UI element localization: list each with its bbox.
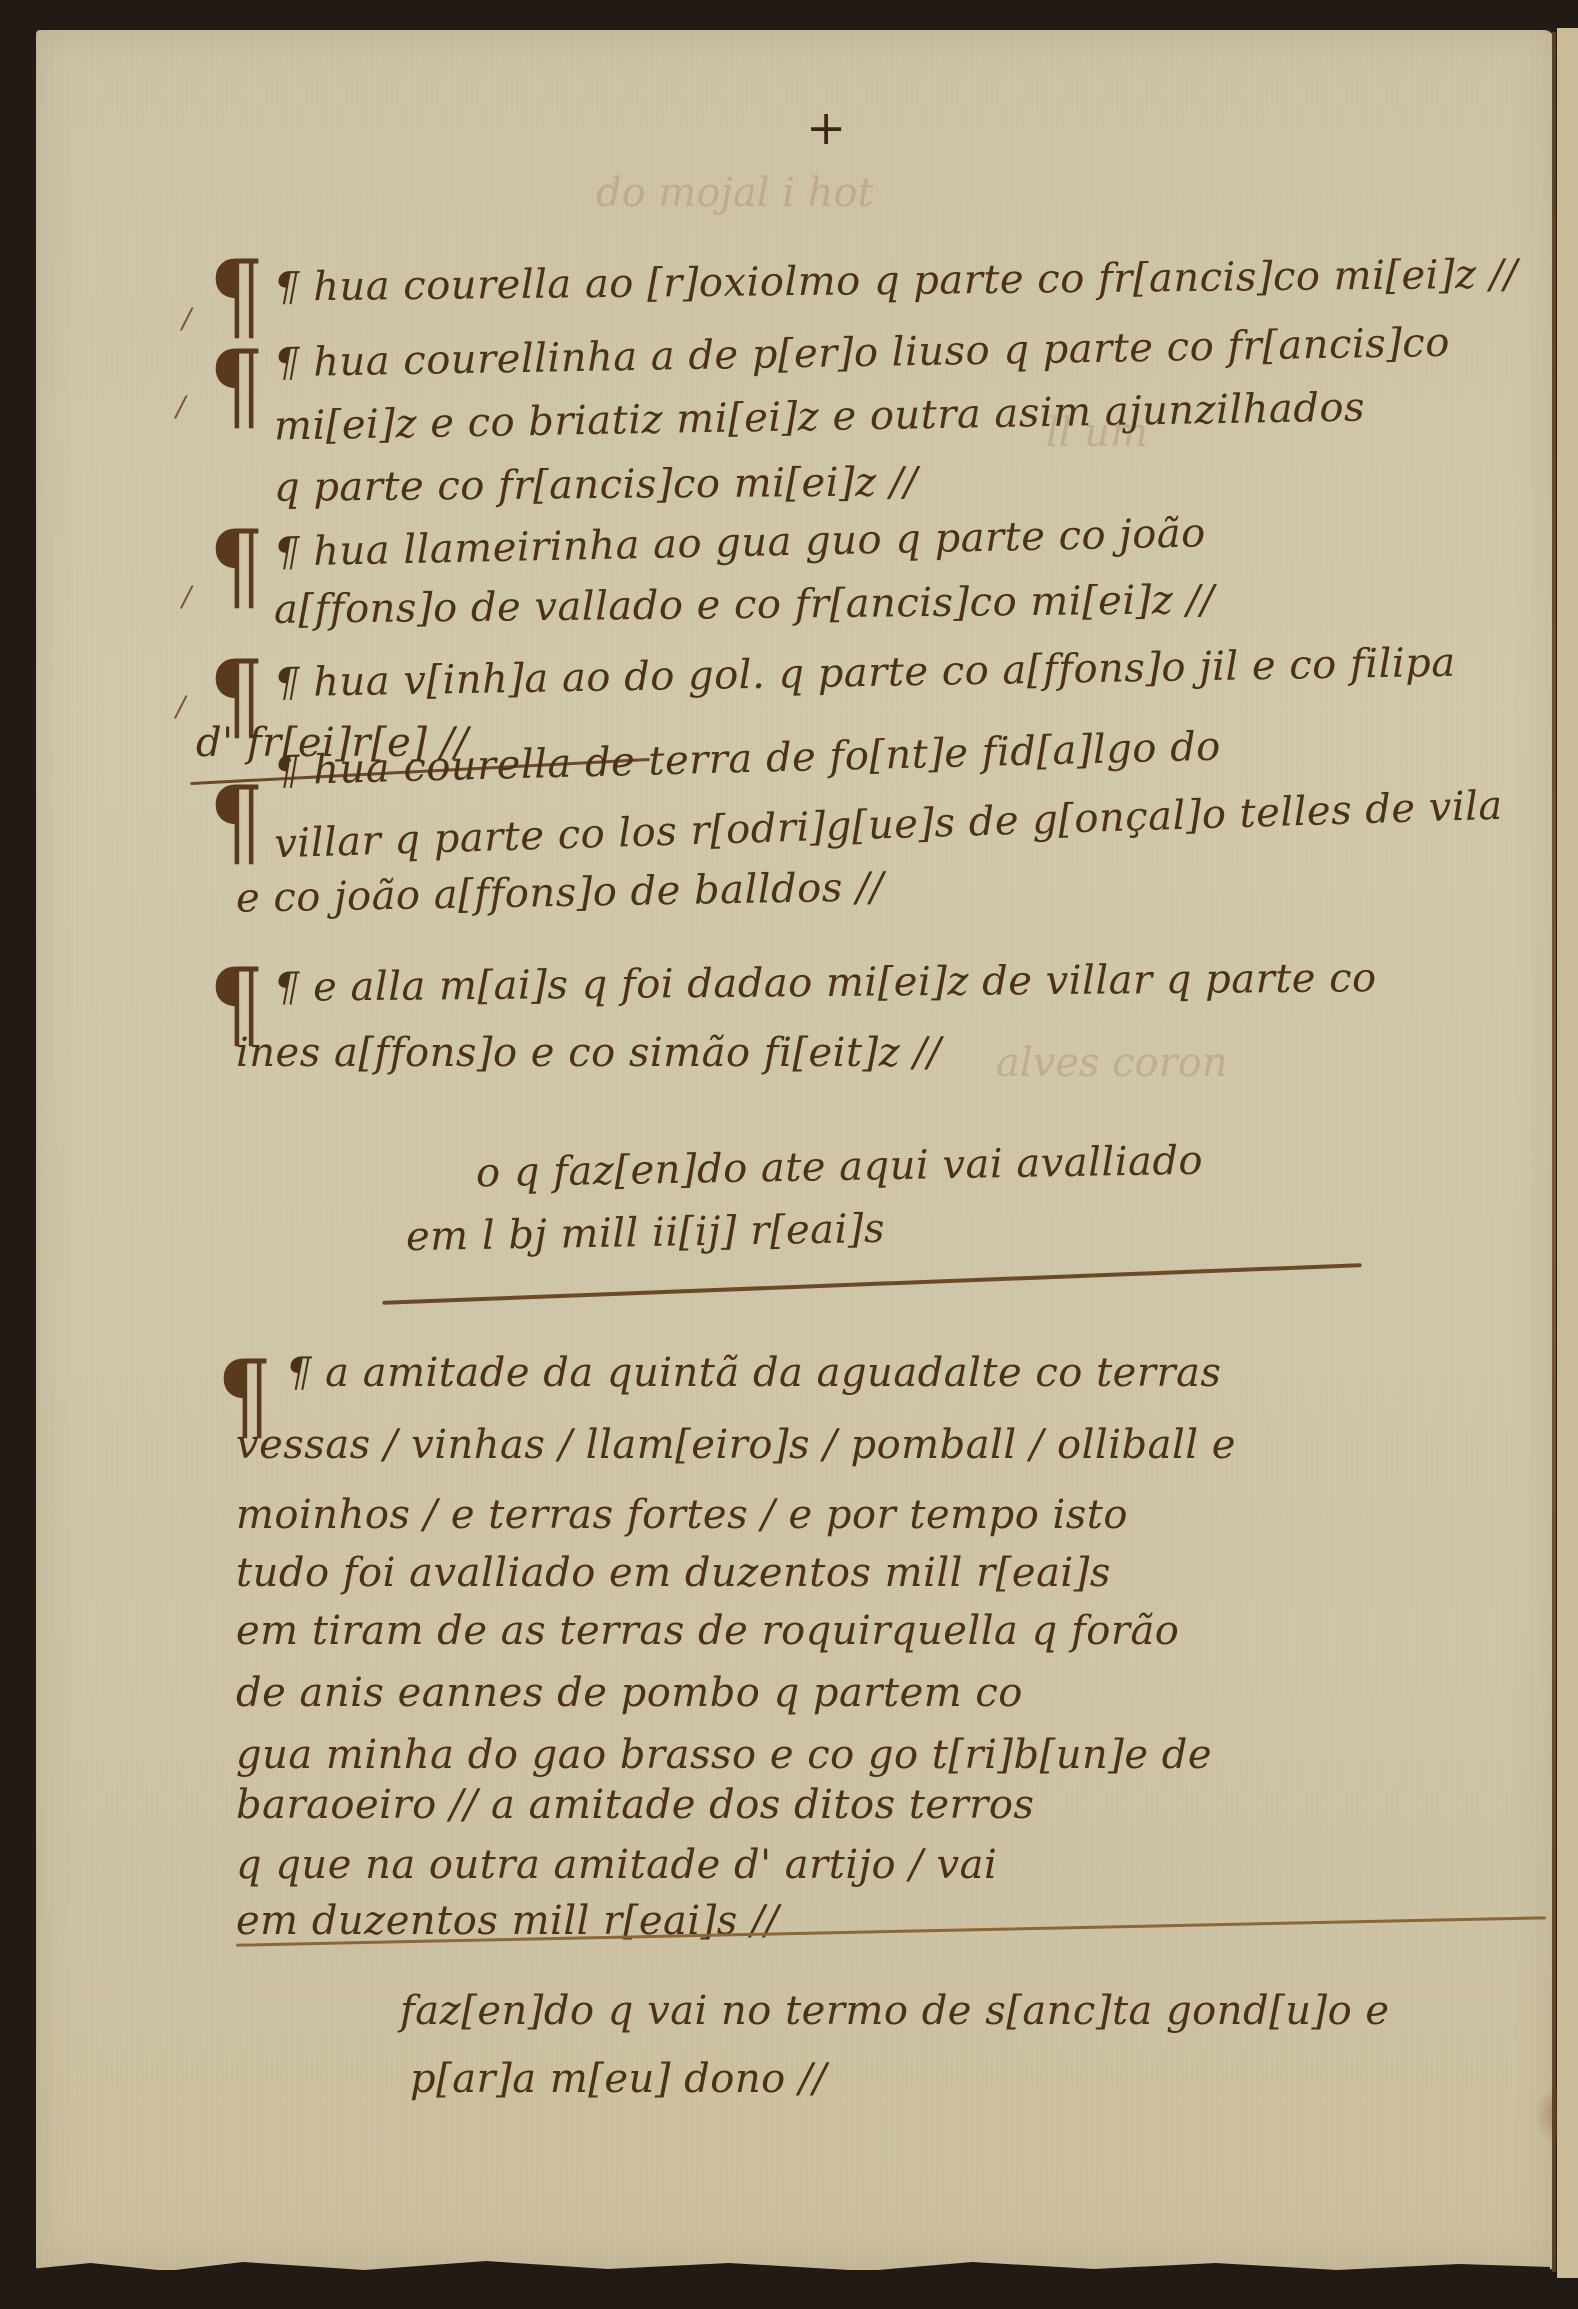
entry-line: ¶ e alla m[ai]s q foi dadao mi[ei]z de v…: [274, 955, 1377, 1011]
entry-line: ¶ hua courellinha a de p[er]o liuso q pa…: [274, 320, 1451, 387]
entry-line: moinhos / e terras fortes / e por tempo …: [236, 1492, 1128, 1538]
closing-note-line: faz[en]do q vai no termo de s[anc]ta gon…: [400, 1988, 1390, 2034]
entry-line: a[ffons]o de vallado e co fr[ancis]co mi…: [274, 577, 1215, 633]
entry-line: ¶ hua courella ao [r]oxiolmo q parte co …: [274, 251, 1518, 310]
show-through-text: do mojal i hot: [596, 170, 874, 216]
entry-line: mi[ei]z e co briatiz mi[ei]z e outra asi…: [274, 384, 1366, 449]
margin-tick: /: [182, 580, 191, 613]
entry-line: tudo foi avalliado em duzentos mill r[ea…: [236, 1550, 1111, 1596]
subtotal-amount: em l bj mill ii[ij] r[eai]s: [406, 1206, 886, 1260]
entry-line: em tiram de as terras de roquirquella q …: [236, 1608, 1179, 1654]
entry-line: ¶ hua llameirinha ao gua guo q parte co …: [274, 510, 1207, 576]
entry-line: villar q parte co los r[odri]g[ue]s de g…: [274, 783, 1504, 868]
page-gutter: [1552, 32, 1556, 2272]
margin-tick: /: [176, 690, 185, 723]
margin-tick: /: [176, 390, 185, 423]
paragraph-mark-icon: ¶: [209, 774, 264, 870]
entry-line: e co joão a[ffons]o de balldos //: [236, 864, 885, 921]
show-through-text: alves coron: [996, 1040, 1228, 1086]
entry-line: ¶ hua v[inh]a ao do gol. q parte co a[ff…: [274, 640, 1456, 707]
entry-line: ines a[ffons]o e co simão fi[eit]z //: [236, 1030, 941, 1076]
entry-line: q parte co fr[ancis]co mi[ei]z //: [274, 459, 918, 511]
subtotal-rule: [382, 1263, 1361, 1305]
manuscript-page: do mojal i hot ll um alves coron + / ¶ ¶…: [36, 30, 1554, 2270]
facing-page-edge: [1557, 28, 1578, 2278]
entry-line: baraoeiro // a amitade dos ditos terros: [236, 1782, 1034, 1828]
paragraph-mark-icon: ¶: [209, 338, 264, 434]
subtotal-line: o q faz[en]do ate aqui vai avalliado: [476, 1138, 1204, 1197]
margin-tick: /: [182, 302, 191, 335]
entry-line: q que na outra amitade d' artijo / vai: [236, 1842, 997, 1888]
closing-note-line: p[ar]a m[eu] dono //: [410, 2056, 827, 2102]
entry-line: de anis eannes de pombo q partem co: [236, 1670, 1023, 1716]
paragraph-mark-icon: ¶: [209, 518, 264, 614]
entry-line: gua minha do gao brasso e co go t[ri]b[u…: [236, 1732, 1212, 1778]
entry-line: vessas / vinhas / llam[eiro]s / pomball …: [236, 1422, 1236, 1468]
header-cross-mark: +: [806, 100, 846, 156]
entry-line: ¶ a amitade da quintã da aguadalte co te…: [286, 1350, 1221, 1396]
